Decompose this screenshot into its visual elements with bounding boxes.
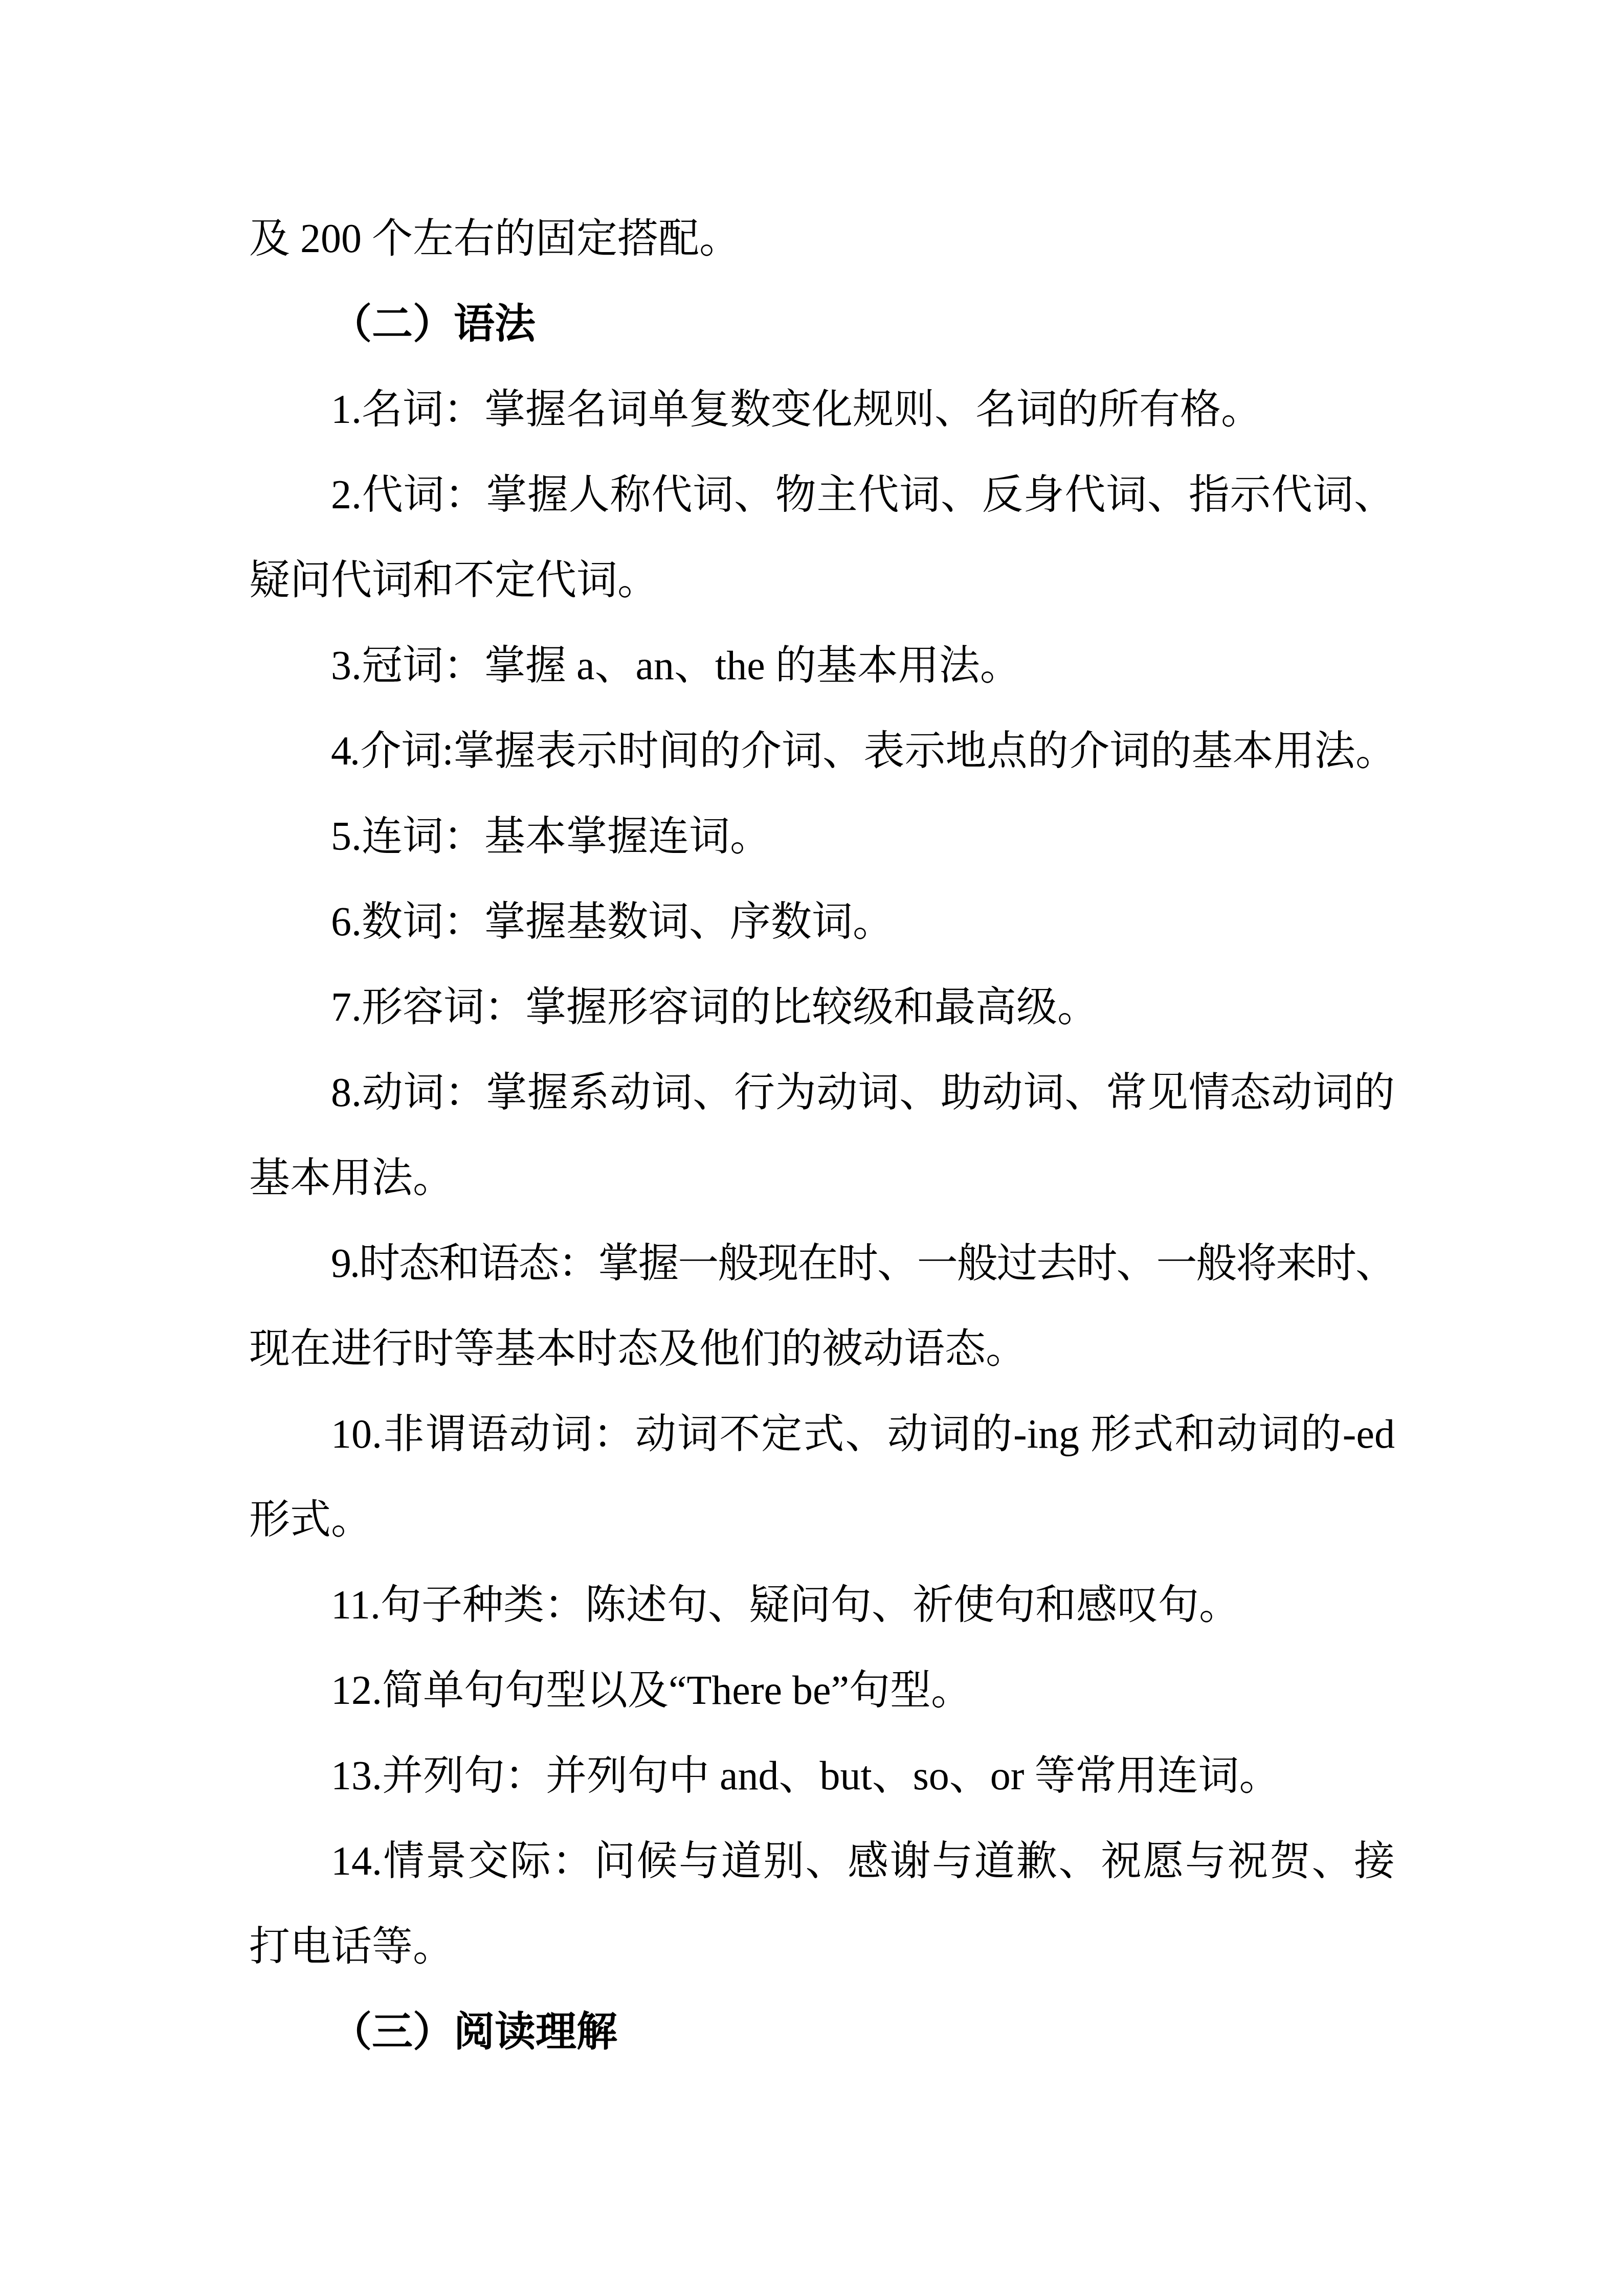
text-body: 及 200 个左右的固定搭配。 （二）语法 1.名词：掌握名词单复数变化规则、名…: [249, 196, 1395, 2075]
text-line: 12.简单句句型以及“There be”句型。: [249, 1648, 1395, 1734]
text-line: 7.形容词：掌握形容词的比较级和最高级。: [249, 965, 1395, 1050]
text-line: 打电话等。: [249, 1904, 1395, 1990]
text-line: 6.数词：掌握基数词、序数词。: [249, 880, 1395, 965]
text-line: 现在进行时等基本时态及他们的被动语态。: [249, 1307, 1395, 1392]
text-line: 11.句子种类：陈述句、疑问句、祈使句和感叹句。: [249, 1563, 1395, 1648]
text-line: 13.并列句：并列句中 and、but、so、or 等常用连词。: [249, 1734, 1395, 1819]
text-line: 1.名词：掌握名词单复数变化规则、名词的所有格。: [249, 367, 1395, 453]
text-line: 疑问代词和不定代词。: [249, 538, 1395, 623]
text-line: 9.时态和语态：掌握一般现在时、一般过去时、一般将来时、: [249, 1221, 1395, 1307]
text-line: 8.动词：掌握系动词、行为动词、助动词、常见情态动词的: [249, 1050, 1395, 1136]
section-heading-3: （三）阅读理解: [249, 1990, 1395, 2075]
text-line: 5.连词：基本掌握连词。: [249, 794, 1395, 880]
section-heading-2: （二）语法: [249, 282, 1395, 367]
text-line: 10.非谓语动词：动词不定式、动词的-ing 形式和动词的-ed: [249, 1392, 1395, 1477]
text-line: 3.冠词：掌握 a、an、the 的基本用法。: [249, 623, 1395, 709]
document-page: 及 200 个左右的固定搭配。 （二）语法 1.名词：掌握名词单复数变化规则、名…: [0, 0, 1624, 2296]
text-line: 形式。: [249, 1477, 1395, 1563]
text-line: 2.代词：掌握人称代词、物主代词、反身代词、指示代词、: [249, 453, 1395, 538]
text-line: 及 200 个左右的固定搭配。: [249, 196, 1395, 282]
text-line: 基本用法。: [249, 1136, 1395, 1221]
text-line: 14.情景交际：问候与道别、感谢与道歉、祝愿与祝贺、接: [249, 1819, 1395, 1904]
text-line: 4.介词:掌握表示时间的介词、表示地点的介词的基本用法。: [249, 709, 1395, 794]
